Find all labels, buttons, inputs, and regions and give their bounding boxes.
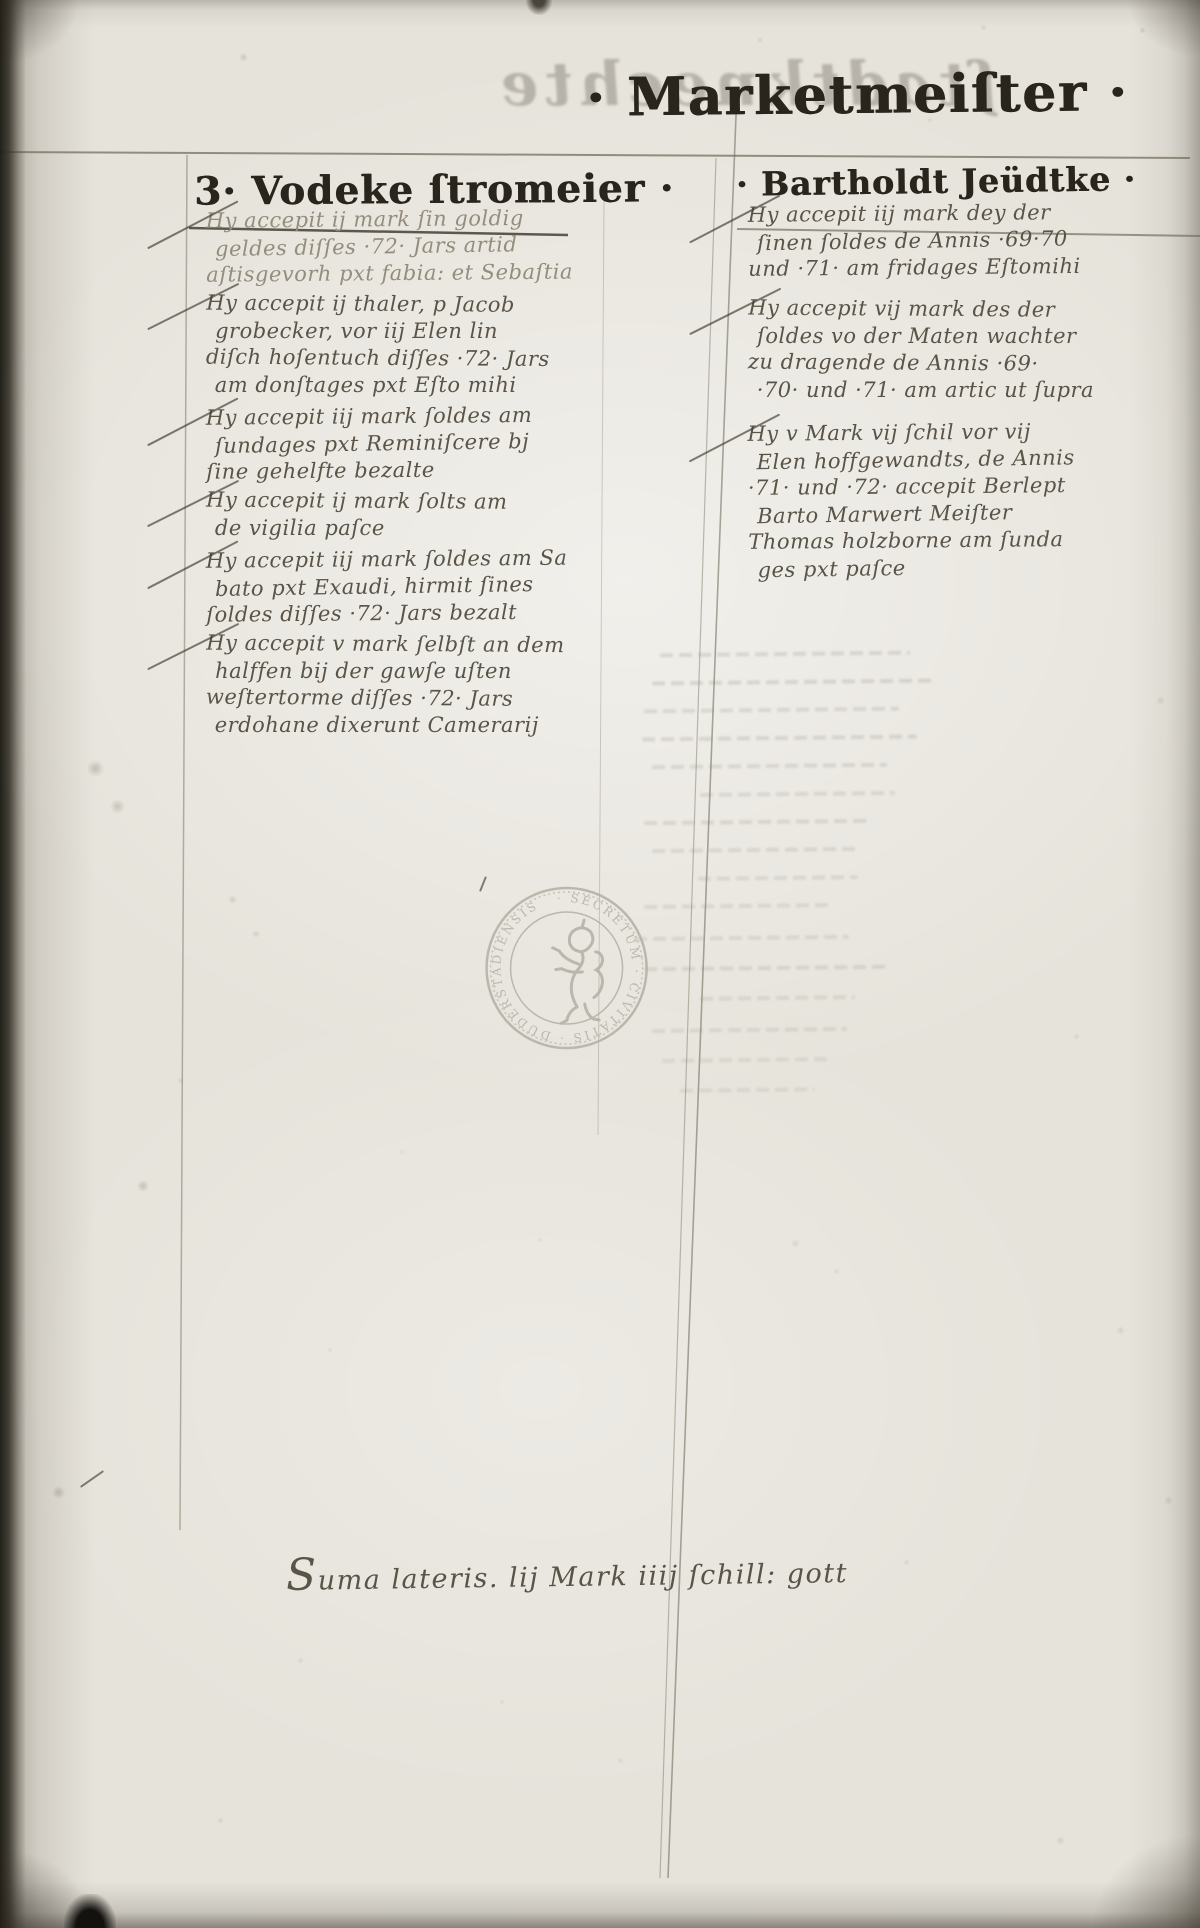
foxing-spot	[239, 53, 248, 62]
page-title: · Marketmeiſter ·	[586, 61, 1129, 129]
foxing-spot	[833, 1268, 840, 1275]
foxing-spot	[499, 1699, 505, 1705]
manuscript-line: grobecker, vor iij Elen lin	[215, 318, 606, 345]
foxing-spot	[791, 1239, 800, 1248]
foxing-spot	[1056, 1836, 1065, 1845]
foxing-spot	[1164, 1496, 1173, 1505]
manuscript-line: am donſtages pxt Eſto mihi	[215, 372, 606, 399]
rampant-lion-icon	[547, 918, 610, 1025]
seal-ring-text: · SECRETUM · CIVITATIS · DUDERSTADIENSIS	[479, 881, 654, 1055]
foxing-spot	[537, 1237, 543, 1243]
book-binding-edge	[0, 0, 26, 1928]
left-margin-rule	[180, 155, 187, 1530]
manuscript-line: ſoldes vo der Maten wachter	[757, 323, 1178, 350]
manuscript-line: Hy accepit ij thaler, p Jacob	[206, 290, 606, 320]
manuscript-line: ges pxt paſce	[757, 551, 1178, 585]
ledger-entry: Hy accepit iij mark dey derſinen ſoldes …	[748, 198, 1179, 283]
foxing-spot	[52, 1486, 65, 1499]
manuscript-line: ·70· und ·71· am artic ut ſupra	[757, 377, 1178, 404]
manuscript-line: diſch hoſentuch diſſes ·72· Jars	[206, 344, 606, 374]
foxing-spot	[177, 1077, 184, 1084]
manuscript-line: und ·71· am fridages Eſtomihi	[748, 252, 1178, 283]
left-column-entries: Hy accepit ij mark ſin goldiggeldes diſſ…	[206, 206, 606, 743]
manuscript-line: Hy accepit vij mark des der	[748, 295, 1178, 325]
foxing-spot	[1116, 1326, 1125, 1335]
manuscript-line: Hy accepit v mark ſelbſt an dem	[206, 630, 606, 660]
foxing-spot	[1156, 696, 1165, 705]
summa-line: Suma lateris. lij Mark iiij ſchill: gott	[286, 1542, 849, 1601]
manuscript-line: halffen bij der gawſe uſten	[215, 658, 606, 685]
ledger-entry: Hy accepit vij mark des derſoldes vo der…	[748, 295, 1179, 406]
manuscript-line: Hy accepit ij mark ſolts am	[206, 487, 606, 517]
ledger-entry: Hy v Mark vij ſchil vor vijElen hoffgewa…	[747, 417, 1178, 583]
manuscript-page: ſtadtknechte · Marketmeiſter · 3· Vodeke…	[0, 0, 1200, 1928]
foxing-spot	[297, 1657, 304, 1664]
foxing-spot	[217, 1817, 224, 1824]
city-seal-stamp: · SECRETUM · CIVITATIS · DUDERSTADIENSIS	[460, 864, 675, 1079]
foxing-spot	[399, 1149, 405, 1155]
foxing-spot	[228, 895, 237, 904]
foxing-spot	[1073, 1033, 1080, 1040]
foxing-spot	[1139, 27, 1146, 34]
top-edge-notch	[526, 0, 552, 15]
ledger-entry: Hy accepit iij mark ſoldes am Sabato pxt…	[206, 544, 607, 628]
ledger-entry: Hy accepit v mark ſelbſt an demhalffen b…	[206, 630, 607, 741]
bottom-edge-stain	[64, 1894, 116, 1928]
foxing-spot	[617, 1757, 624, 1764]
ledger-entry: Hy accepit ij mark ſin goldiggeldes diſſ…	[206, 204, 607, 288]
manuscript-line: ſine gehelfte bezalte	[206, 455, 606, 485]
foxing-spot	[87, 760, 104, 777]
center-divider-rule-1	[668, 90, 737, 1878]
manuscript-line: zu dragende de Annis ·69·	[748, 348, 1178, 378]
manuscript-line: ſoldes diſſes ·72· Jars bezalt	[206, 598, 606, 628]
right-column-heading: · Bartholdt Jeüdtke ·	[736, 159, 1136, 204]
horizontal-rule-top	[0, 152, 1190, 158]
foxing-spot	[137, 1180, 149, 1192]
right-column-entries: Hy accepit iij mark dey derſinen ſoldes …	[748, 200, 1178, 596]
foxing-spot	[757, 37, 763, 43]
foxing-spot	[110, 799, 125, 814]
ledger-entry: Hy accepit ij mark ſolts amde vigilia pa…	[206, 487, 606, 544]
ledger-entry: Hy accepit ij thaler, p Jacobgrobecker, …	[206, 290, 607, 401]
foxing-spot	[903, 1559, 910, 1566]
foxing-spot	[980, 24, 987, 31]
foxing-spot	[327, 1347, 333, 1353]
manuscript-line: weſtertorme diſſes ·72· Jars	[206, 684, 606, 714]
ledger-entry: Hy accepit iij mark ſoldes amſundages px…	[206, 401, 607, 485]
manuscript-line: aſtisgevorh pxt fabia: et Sebaſtia	[206, 258, 606, 288]
seal-beaded-ring	[481, 882, 653, 1054]
seal-inner-ring	[503, 905, 629, 1031]
manuscript-line: erdohane dixerunt Camerarij	[215, 712, 606, 739]
foxing-spot	[252, 930, 260, 938]
manuscript-line: de vigilia paſce	[215, 515, 606, 542]
